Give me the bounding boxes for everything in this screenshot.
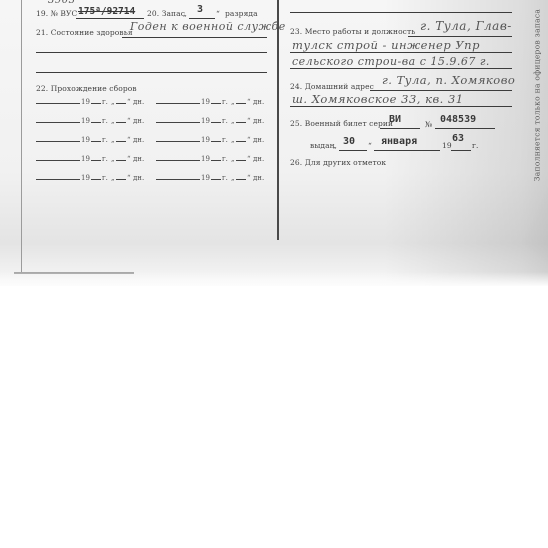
open-quote: „ [111,98,115,106]
open-quote: „ [231,98,235,106]
item25-issued-label: выдан [310,141,335,150]
year-suffix: г. [222,98,228,106]
vus-corrected-value: 3903 [48,0,75,6]
year-suffix: г. [222,155,228,163]
close-quote: “ [247,117,251,125]
year-prefix: 19 [81,136,90,144]
days-label: дн. [253,98,264,106]
blank-line [116,122,126,123]
year-prefix: 19 [81,155,90,163]
year-prefix: 19 [81,98,90,106]
close-quote: “ [127,155,131,163]
military-id-number: 048539 [440,114,476,125]
days-label: дн. [253,174,264,182]
days-label: дн. [133,117,144,125]
open-quote: „ [111,117,115,125]
year-prefix: 19 [81,174,90,182]
blank-line [211,179,221,180]
side-note-vertical: Заполняется только на офицеров запаса [533,9,542,181]
year-suffix: г. [102,174,108,182]
health-status-value: Годен к военной службе [130,20,286,33]
vus-struck-value: 175ª/92714 [78,6,135,17]
item21-line-2 [36,52,267,53]
year-suffix: г. [102,155,108,163]
military-id-series: ВИ [389,114,401,125]
blank-line [156,103,200,104]
item26-label: 26. Для других отметок [290,158,386,167]
item25-year-line [451,150,471,151]
open-quote: „ [111,155,115,163]
days-label: дн. [253,155,264,163]
issue-month: января [381,136,417,147]
blank-line [91,141,101,142]
issue-day: 30 [343,136,355,147]
blank-line [116,141,126,142]
training-camp-row: 19г.„“дн.19г.„“дн. [36,115,272,125]
blank-line [91,103,101,104]
item23-line-2 [290,52,512,53]
blank-line [116,103,126,104]
item20-label: 20. Запас [147,9,185,18]
year-suffix: г. [222,117,228,125]
blank-line [156,141,200,142]
days-label: дн. [133,136,144,144]
blank-line [36,179,80,180]
training-camp-row: 19г.„“дн.19г.„“дн. [36,172,272,182]
year-prefix: 19 [201,136,210,144]
workplace-line-3: сельского строи-ва с 15.9.67 г. [292,55,490,68]
year-prefix: 19 [201,155,210,163]
blank-line [116,160,126,161]
blank-line [36,103,80,104]
item20-line [189,18,215,19]
year-suffix: г. [222,136,228,144]
item20-suffix: разряда [225,9,258,18]
close-quote: “ [247,98,251,106]
item23-line-1 [408,36,512,37]
item23-line-3 [290,68,512,69]
days-label: дн. [253,136,264,144]
open-quote: „ [111,136,115,144]
blank-line [156,160,200,161]
item25-year-suffix: г. [472,141,479,150]
year-prefix: 19 [201,174,210,182]
item25-label: 25. Военный билет серии [290,119,393,128]
item24-line-2 [290,106,512,107]
year-prefix: 19 [81,117,90,125]
blank-line [211,141,221,142]
blank-line [211,122,221,123]
close-quote: “ [127,174,131,182]
home-address-line-1: г. Тула, п. Хомяково [382,73,515,87]
item25-series-line [380,128,420,129]
days-label: дн. [133,174,144,182]
item22-label: 22. Прохождение сборов [36,84,137,93]
blank-line [156,122,200,123]
item25-month-line [374,150,440,151]
year-prefix: 19 [201,117,210,125]
training-camp-row: 19г.„“дн.19г.„“дн. [36,153,272,163]
open-quote: „ [231,155,235,163]
blank-line [36,122,80,123]
close-quote: “ [127,98,131,106]
blank-line [156,179,200,180]
item19-line [76,18,144,19]
item21-line-1 [122,37,267,38]
item21-label: 21. Состояние здоровья [36,28,133,37]
blank-line [211,103,221,104]
close-quote: “ [247,174,251,182]
year-suffix: г. [102,117,108,125]
blank-line [236,160,246,161]
days-label: дн. [133,98,144,106]
item25-day-line [339,150,367,151]
item25-open-quote: „ [333,141,337,150]
year-prefix: 19 [201,98,210,106]
item20-open-quote: „ [183,9,187,18]
training-camp-row: 19г.„“дн.19г.„“дн. [36,96,272,106]
item24-label: 24. Домашний адрес [290,82,374,91]
open-quote: „ [231,174,235,182]
blank-line [211,160,221,161]
blank-line [91,122,101,123]
blank-line [236,141,246,142]
home-address-line-2: ш. Хомяковское 33, кв. 31 [292,92,464,106]
blank-line [236,179,246,180]
form-left-border [21,0,22,272]
close-quote: “ [247,136,251,144]
workplace-line-2: тулск строй - инженер Упр [292,38,480,52]
blank-line [91,179,101,180]
column-divider [277,0,279,240]
open-quote: „ [111,174,115,182]
year-suffix: г. [102,98,108,106]
blank-line [236,122,246,123]
reserve-category-value: 3 [197,4,203,15]
item24-line-1 [370,90,512,91]
blank-line [36,160,80,161]
item25-close-quote: “ [368,141,372,150]
blank-line [91,160,101,161]
close-quote: “ [127,117,131,125]
right-top-line [290,12,512,13]
days-label: дн. [133,155,144,163]
blank-line [236,103,246,104]
scanned-form-page: 3903 19. № ВУС 175ª/92714 20. Запас „ 3 … [0,0,548,286]
item25-year-prefix: 19 [442,141,452,150]
item25-no-label: № [425,120,432,129]
training-camp-row: 19г.„“дн.19г.„“дн. [36,134,272,144]
item25-number-line [435,128,495,129]
close-quote: “ [127,136,131,144]
form-bottom-border [14,272,134,274]
issue-year: 63 [452,133,464,144]
close-quote: “ [247,155,251,163]
blank-line [36,141,80,142]
year-suffix: г. [222,174,228,182]
item21-line-3 [36,72,267,73]
blank-line [116,179,126,180]
days-label: дн. [253,117,264,125]
workplace-line-1: г. Тула, Глав- [420,19,512,33]
item19-label: 19. № ВУС [36,9,77,18]
item20-close-quote: “ [216,9,220,18]
open-quote: „ [231,117,235,125]
open-quote: „ [231,136,235,144]
item23-label: 23. Место работы и должность [290,27,415,36]
year-suffix: г. [102,136,108,144]
